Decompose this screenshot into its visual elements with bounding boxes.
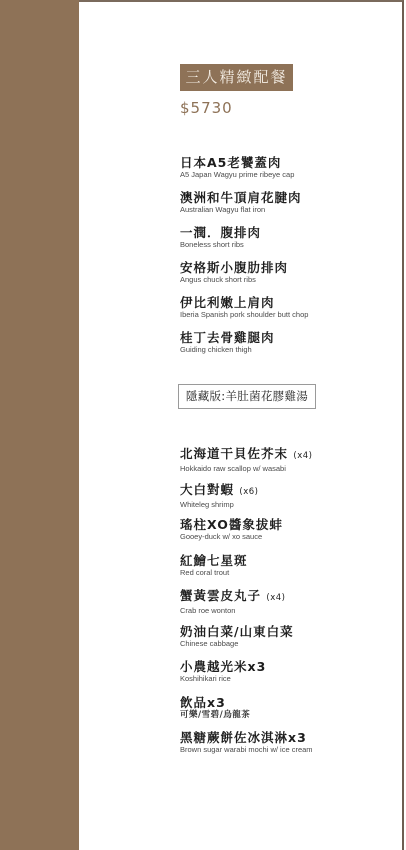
item-name-zh: 大白對蝦 (x6)	[180, 482, 380, 500]
item-name-zh: 飲品x3	[180, 695, 380, 710]
item-quantity: (x6)	[239, 487, 258, 497]
item-name-zh: 小農越光米x3	[180, 659, 380, 674]
item-name-en: Hokkaido raw scallop w/ wasabi	[180, 464, 380, 474]
menu-item: 安格斯小腹肋排肉 Angus chuck short ribs	[180, 260, 380, 295]
item-name-en: Koshihikari rice	[180, 674, 380, 684]
item-name-en: Iberia Spanish pork shoulder butt chop	[180, 310, 380, 320]
side-color-band	[0, 0, 79, 850]
menu-item: 大白對蝦 (x6) Whiteleg shrimp	[180, 482, 380, 518]
menu-item: 飲品x3 可樂/雪碧/烏龍茶	[180, 695, 380, 731]
menu-item: 澳洲和牛頂肩花腱肉 Australian Wagyu flat iron	[180, 190, 380, 225]
item-name-en: Boneless short ribs	[180, 240, 380, 250]
item-name-zh: 伊比利嫩上肩肉	[180, 295, 380, 310]
meat-list: 日本A5老饕蓋肉 A5 Japan Wagyu prime ribeye cap…	[180, 155, 380, 365]
item-name-zh: 日本A5老饕蓋肉	[180, 155, 380, 170]
menu-item: 蟹黃雲皮丸子 (x4) Crab roe wonton	[180, 588, 380, 624]
menu-item: 紅鱠七星斑 Red coral trout	[180, 553, 380, 589]
item-name-zh: 紅鱠七星斑	[180, 553, 380, 568]
item-name-zh: 黑糖蕨餅佐冰淇淋x3	[180, 730, 380, 745]
item-name-zh: 奶油白菜/山東白菜	[180, 624, 380, 639]
item-name-en: Red coral trout	[180, 568, 380, 578]
item-quantity: (x4)	[293, 451, 312, 461]
item-name-en: Whiteleg shrimp	[180, 500, 380, 510]
set-meal-price: $5730	[180, 99, 233, 117]
menu-item: 伊比利嫩上肩肉 Iberia Spanish pork shoulder but…	[180, 295, 380, 330]
set-meal-title: 三人精緻配餐	[180, 64, 293, 91]
item-name-en: Guiding chicken thigh	[180, 345, 380, 355]
menu-item: 瑤柱XO醬象拔蚌 Gooey-duck w/ xo sauce	[180, 517, 380, 553]
menu-item: 黑糖蕨餅佐冰淇淋x3 Brown sugar warabi mochi w/ i…	[180, 730, 380, 766]
item-name-zh: 澳洲和牛頂肩花腱肉	[180, 190, 380, 205]
menu-item: 奶油白菜/山東白菜 Chinese cabbage	[180, 624, 380, 660]
item-name-zh: 一潤．腹排肉	[180, 225, 380, 240]
item-name-zh: 北海道干貝佐芥末 (x4)	[180, 446, 380, 464]
item-quantity: (x4)	[266, 593, 285, 603]
menu-item: 日本A5老饕蓋肉 A5 Japan Wagyu prime ribeye cap	[180, 155, 380, 190]
drink-options: 可樂/雪碧/烏龍茶	[180, 710, 380, 720]
item-name-zh: 桂丁去骨雞腿肉	[180, 330, 380, 345]
item-name-en: Australian Wagyu flat iron	[180, 205, 380, 215]
item-name-en: Angus chuck short ribs	[180, 275, 380, 285]
menu-item: 桂丁去骨雞腿肉 Guiding chicken thigh	[180, 330, 380, 365]
item-name-zh: 安格斯小腹肋排肉	[180, 260, 380, 275]
item-name-en: Brown sugar warabi mochi w/ ice cream	[180, 745, 380, 755]
item-name-en: Chinese cabbage	[180, 639, 380, 649]
menu-item: 一潤．腹排肉 Boneless short ribs	[180, 225, 380, 260]
menu-item: 北海道干貝佐芥末 (x4) Hokkaido raw scallop w/ wa…	[180, 446, 380, 482]
item-name-en: Crab roe wonton	[180, 606, 380, 616]
item-name-en: A5 Japan Wagyu prime ribeye cap	[180, 170, 380, 180]
item-name-zh: 瑤柱XO醬象拔蚌	[180, 517, 380, 532]
menu-item: 小農越光米x3 Koshihikari rice	[180, 659, 380, 695]
other-dishes-list: 北海道干貝佐芥末 (x4) Hokkaido raw scallop w/ wa…	[180, 446, 380, 766]
hidden-menu-item-box: 隱藏版:羊肚菌花膠雞湯	[178, 384, 316, 409]
item-name-zh: 蟹黃雲皮丸子 (x4)	[180, 588, 380, 606]
item-name-en: Gooey-duck w/ xo sauce	[180, 532, 380, 542]
